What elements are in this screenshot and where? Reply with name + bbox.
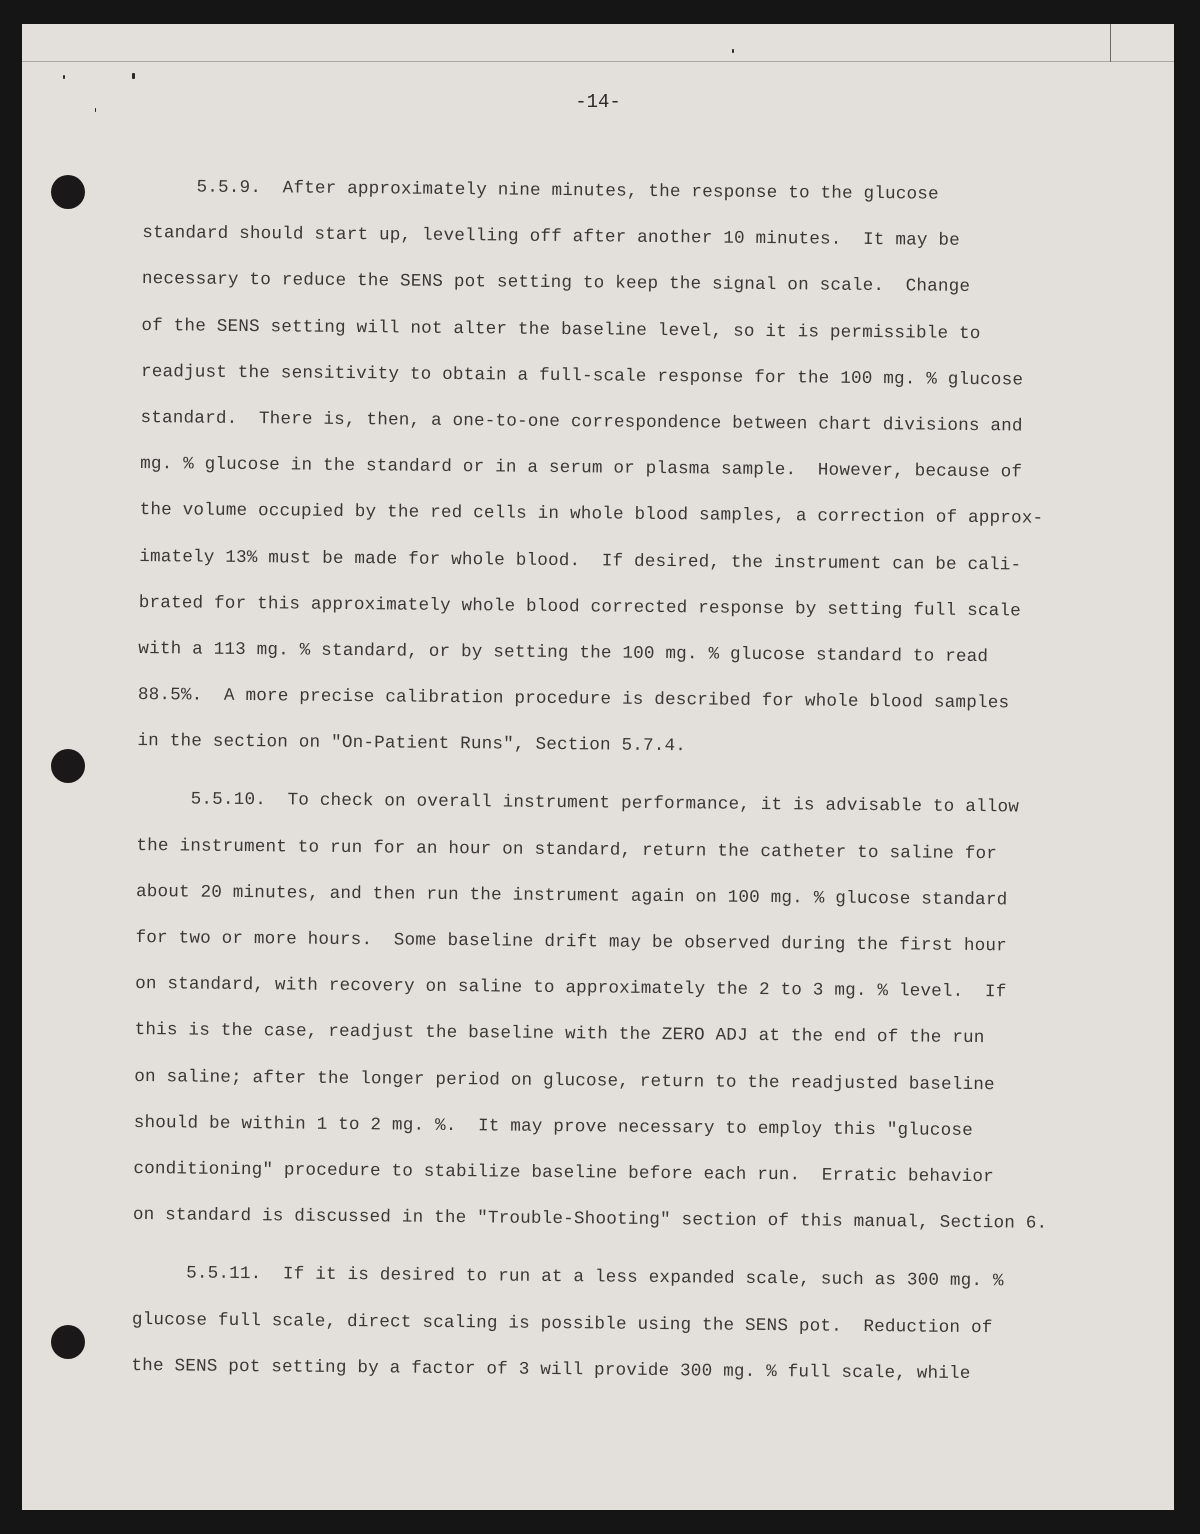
paragraph-5-5-9: 5.5.9. After approximately nine minutes,… bbox=[137, 164, 1143, 774]
punch-hole-top bbox=[51, 175, 85, 209]
punch-hole-bottom bbox=[51, 1325, 85, 1359]
top-rule-line bbox=[22, 61, 1174, 62]
document-page: -14- 5.5.9. After approximately nine min… bbox=[22, 24, 1174, 1510]
paragraph-5-5-11: 5.5.11. If it is desired to run at a les… bbox=[131, 1250, 1132, 1398]
text-line: the SENS pot setting by a factor of 3 wi… bbox=[131, 1343, 1131, 1399]
corner-mark bbox=[1110, 24, 1111, 62]
punch-hole-middle bbox=[51, 749, 85, 783]
body-text: 5.5.9. After approximately nine minutes,… bbox=[131, 164, 1143, 1398]
page-number: -14- bbox=[22, 91, 1174, 113]
paragraph-5-5-10: 5.5.10. To check on overall instrument p… bbox=[133, 776, 1137, 1247]
